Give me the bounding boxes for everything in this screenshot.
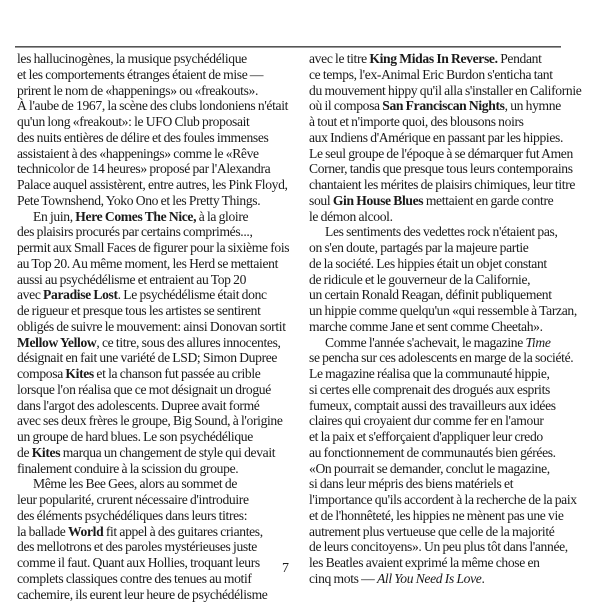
- text-run: des nuits entières de délire et des foul…: [17, 130, 268, 145]
- text-run: obligés de suivre le mouvement: ainsi Do…: [17, 319, 286, 334]
- text-line: lorsque l'on réalisa que ce mot désignai…: [17, 382, 297, 398]
- text-run: Palace auquel assistèrent, entre autres,…: [17, 177, 288, 192]
- text-run: , ce titre, sous des allures innocentes,: [96, 335, 280, 350]
- text-run: fumeux, comptait aussi des travailleurs …: [309, 398, 556, 413]
- text-run: au fonctionnement de communautés bien gé…: [309, 445, 556, 460]
- text-run: la ballade: [17, 524, 68, 539]
- text-run: de la société. Les hippies était un obje…: [309, 256, 547, 271]
- text-line: des nuits entières de délire et des foul…: [17, 130, 297, 146]
- text-run: claires qui croyaient dur comme fer en l…: [309, 413, 544, 428]
- text-run: à la gloire: [196, 209, 248, 224]
- text-run: Le seul groupe de l'époque à se démarque…: [309, 146, 573, 161]
- text-line: au Top 20. Au même moment, les Herd se m…: [17, 256, 297, 272]
- text-line: Mellow Yellow, ce titre, sous des allure…: [17, 335, 297, 351]
- text-run: lorsque l'on réalisa que ce mot désignai…: [17, 382, 271, 397]
- text-line: désignait en fait une variété de LSD; Si…: [17, 350, 297, 366]
- text-line: la ballade World fit appel à des guitare…: [17, 524, 297, 540]
- header-rule: [15, 46, 561, 48]
- text-run: cinq mots —: [309, 571, 377, 586]
- text-line: cachemire, ils eurent leur heure de psyc…: [17, 587, 297, 603]
- text-line: et la paix et s'efforçaient d'appliquer …: [309, 429, 591, 445]
- text-line: des mellotrons et des paroles mystérieus…: [17, 539, 297, 555]
- song-title: Paradise Lost: [43, 287, 118, 302]
- text-run: si certes elle comprenait des drogués au…: [309, 382, 550, 397]
- text-run: des mellotrons et des paroles mystérieus…: [17, 539, 257, 554]
- text-run: prirent le nom de «happenings» ou «freak…: [17, 83, 258, 98]
- text-line: Comme l'année s'achevait, le magazine Ti…: [309, 335, 591, 351]
- song-title: Gin House Blues: [333, 193, 423, 208]
- text-run: technicolor de 14 heures» proposé par l'…: [17, 161, 270, 176]
- text-line: marche comme Jane et sent comme Cheetah»…: [309, 319, 591, 335]
- text-run: qu'un long «freakout»: le UFO Club propo…: [17, 114, 250, 129]
- text-run: aussi au psychédélisme et entraient au T…: [17, 272, 246, 287]
- text-run: assistaient à des «happenings» comme le …: [17, 146, 259, 161]
- text-run: le démon alcool.: [309, 209, 393, 224]
- text-run: À l'aube de 1967, la scène des clubs lon…: [17, 98, 288, 113]
- text-run: de ridicule et le gouverneur de la Calif…: [309, 272, 530, 287]
- text-line: permit aux Small Faces de figurer pour l…: [17, 240, 297, 256]
- text-line: l'importance qu'ils accordent à la reche…: [309, 492, 591, 508]
- text-run: se pencha sur ces adolescents en marge d…: [309, 350, 573, 365]
- text-run: un certain Ronald Reagan, définit publiq…: [309, 287, 552, 302]
- text-line: Les sentiments des vedettes rock n'étaie…: [309, 224, 591, 240]
- text-run: chantaient les mérites de plaisirs chimi…: [309, 177, 575, 192]
- text-run: avec ses deux frères le groupe, Big Soun…: [17, 413, 283, 428]
- text-line: du mouvement hippy qu'il alla s'installe…: [309, 83, 591, 99]
- song-title: San Franciscan Nights: [382, 98, 504, 113]
- text-run: dans l'argot des adolescents. Dupree ava…: [17, 398, 259, 413]
- text-line: Le magazine réalisa que la communauté hi…: [309, 366, 591, 382]
- text-line: «On pourrait se demander, conclut le mag…: [309, 461, 591, 477]
- text-run: fit appel à des guitares criantes,: [103, 524, 263, 539]
- text-line: le démon alcool.: [309, 209, 591, 225]
- text-run: En juin,: [33, 209, 75, 224]
- text-line: complets classiques contre des tenues au…: [17, 571, 297, 587]
- text-line: si dans leur mépris des biens matériels …: [309, 476, 591, 492]
- text-line: dans l'argot des adolescents. Dupree ava…: [17, 398, 297, 414]
- text-line: et les comportements étranges étaient de…: [17, 67, 297, 83]
- text-line: de Kites marqua un changement de style q…: [17, 445, 297, 461]
- text-run: Le magazine réalisa que la communauté hi…: [309, 366, 550, 381]
- text-column-left: les hallucinogènes, la musique psychédél…: [17, 51, 297, 602]
- song-title: Kites: [65, 366, 93, 381]
- text-run: , un hymne: [505, 98, 561, 113]
- italic-title: Time: [525, 335, 550, 350]
- text-run: on s'en doute, partagés par la majeure p…: [309, 240, 528, 255]
- song-title: Here Comes The Nice,: [75, 209, 196, 224]
- text-line: où il composa San Franciscan Nights, un …: [309, 98, 591, 114]
- text-line: comme il faut. Quant aux Hollies, troqua…: [17, 555, 297, 571]
- text-line: cinq mots — All You Need Is Love.: [309, 571, 591, 587]
- text-run: Même les Bee Gees, alors au sommet de: [33, 476, 237, 491]
- text-line: un groupe de hard blues. Le son psychédé…: [17, 429, 297, 445]
- song-title: World: [68, 524, 103, 539]
- italic-title: All You Need Is Love: [377, 571, 482, 586]
- text-run: un groupe de hard blues. Le son psychédé…: [17, 429, 253, 444]
- text-line: un certain Ronald Reagan, définit publiq…: [309, 287, 591, 303]
- text-line: Le seul groupe de l'époque à se démarque…: [309, 146, 591, 162]
- text-run: du mouvement hippy qu'il alla s'installe…: [309, 83, 581, 98]
- text-run: si dans leur mépris des biens matériels …: [309, 476, 513, 491]
- text-line: avec Paradise Lost. Le psychédélisme éta…: [17, 287, 297, 303]
- page-number: 7: [282, 561, 289, 577]
- text-run: aux Indiens d'Amérique en passant par le…: [309, 130, 563, 145]
- text-run: .: [481, 571, 484, 586]
- text-line: et de l'honnêteté, les hippies ne mènent…: [309, 508, 591, 524]
- text-line: leur popularité, crurent nécessaire d'in…: [17, 492, 297, 508]
- text-line: composa Kites et la chanson fut passée a…: [17, 366, 297, 382]
- text-run: . Le psychédélisme était donc: [118, 287, 267, 302]
- text-run: et la chanson fut passée au crible: [94, 366, 261, 381]
- text-line: à tout et n'importe quoi, des blousons n…: [309, 114, 591, 130]
- text-line: on s'en doute, partagés par la majeure p…: [309, 240, 591, 256]
- text-line: de la société. Les hippies était un obje…: [309, 256, 591, 272]
- text-run: Corner, tandis que presque tous leurs co…: [309, 161, 573, 176]
- text-run: avec: [17, 287, 43, 302]
- text-line: les Beatles avaient exprimé la même chos…: [309, 555, 591, 571]
- text-line: Pete Townshend, Yoko Ono et les Pretty T…: [17, 193, 297, 209]
- text-line: des éléments psychédéliques dans leurs t…: [17, 508, 297, 524]
- text-line: fumeux, comptait aussi des travailleurs …: [309, 398, 591, 414]
- text-line: soul Gin House Blues mettaient en garde …: [309, 193, 591, 209]
- text-run: leur popularité, crurent nécessaire d'in…: [17, 492, 249, 507]
- text-line: des plaisirs procurés par certains compr…: [17, 224, 297, 240]
- text-run: finalement conduire à la scission du gro…: [17, 461, 238, 476]
- text-line: qu'un long «freakout»: le UFO Club propo…: [17, 114, 297, 130]
- text-line: aux Indiens d'Amérique en passant par le…: [309, 130, 591, 146]
- text-run: les Beatles avaient exprimé la même chos…: [309, 555, 540, 570]
- text-run: des éléments psychédéliques dans leurs t…: [17, 508, 247, 523]
- text-run: à tout et n'importe quoi, des blousons n…: [309, 114, 524, 129]
- text-line: un hippie comme quelqu'un «qui ressemble…: [309, 303, 591, 319]
- text-line: En juin, Here Comes The Nice, à la gloir…: [17, 209, 297, 225]
- text-run: autrement plus vertueuse que celle de la…: [309, 524, 554, 539]
- text-run: «On pourrait se demander, conclut le mag…: [309, 461, 550, 476]
- text-line: obligés de suivre le mouvement: ainsi Do…: [17, 319, 297, 335]
- text-run: mettaient en garde contre: [423, 193, 553, 208]
- text-line: si certes elle comprenait des drogués au…: [309, 382, 591, 398]
- text-run: de: [17, 445, 32, 460]
- text-run: soul: [309, 193, 333, 208]
- song-title: Kites: [32, 445, 60, 460]
- text-run: marqua un changement de style qui devait: [60, 445, 275, 460]
- text-line: Même les Bee Gees, alors au sommet de: [17, 476, 297, 492]
- text-run: où il composa: [309, 98, 382, 113]
- text-run: complets classiques contre des tenues au…: [17, 571, 252, 586]
- text-line: chantaient les mérites de plaisirs chimi…: [309, 177, 591, 193]
- text-run: désignait en fait une variété de LSD; Si…: [17, 350, 277, 365]
- song-title: Mellow Yellow: [17, 335, 96, 350]
- text-line: de ridicule et le gouverneur de la Calif…: [309, 272, 591, 288]
- text-line: ce temps, l'ex-Animal Eric Burdon s'enti…: [309, 67, 591, 83]
- text-line: les hallucinogènes, la musique psychédél…: [17, 51, 297, 67]
- text-line: de leurs concitoyens». Un peu plus tôt d…: [309, 539, 591, 555]
- text-run: et les comportements étranges étaient de…: [17, 67, 263, 82]
- text-run: l'importance qu'ils accordent à la reche…: [309, 492, 577, 507]
- text-run: les hallucinogènes, la musique psychédél…: [17, 51, 247, 66]
- text-run: avec le titre: [309, 51, 369, 66]
- text-line: assistaient à des «happenings» comme le …: [17, 146, 297, 162]
- text-run: Pete Townshend, Yoko Ono et les Pretty T…: [17, 193, 260, 208]
- text-line: À l'aube de 1967, la scène des clubs lon…: [17, 98, 297, 114]
- text-run: un hippie comme quelqu'un «qui ressemble…: [309, 303, 577, 318]
- text-run: au Top 20. Au même moment, les Herd se m…: [17, 256, 278, 271]
- text-line: avec ses deux frères le groupe, Big Soun…: [17, 413, 297, 429]
- text-run: marche comme Jane et sent comme Cheetah»…: [309, 319, 543, 334]
- text-line: Palace auquel assistèrent, entre autres,…: [17, 177, 297, 193]
- text-line: prirent le nom de «happenings» ou «freak…: [17, 83, 297, 99]
- text-run: Pendant: [498, 51, 542, 66]
- text-line: aussi au psychédélisme et entraient au T…: [17, 272, 297, 288]
- text-run: de leurs concitoyens». Un peu plus tôt d…: [309, 539, 568, 554]
- text-run: composa: [17, 366, 65, 381]
- text-run: des plaisirs procurés par certains compr…: [17, 224, 253, 239]
- text-run: Comme l'année s'achevait, le magazine: [325, 335, 525, 350]
- text-run: Les sentiments des vedettes rock n'étaie…: [325, 224, 558, 239]
- text-column-right: avec le titre King Midas In Reverse. Pen…: [309, 51, 591, 587]
- text-run: et de l'honnêteté, les hippies ne mènent…: [309, 508, 564, 523]
- text-run: ce temps, l'ex-Animal Eric Burdon s'enti…: [309, 67, 553, 82]
- text-line: avec le titre King Midas In Reverse. Pen…: [309, 51, 591, 67]
- text-line: se pencha sur ces adolescents en marge d…: [309, 350, 591, 366]
- text-line: claires qui croyaient dur comme fer en l…: [309, 413, 591, 429]
- text-run: comme il faut. Quant aux Hollies, troqua…: [17, 555, 260, 570]
- text-run: et la paix et s'efforçaient d'appliquer …: [309, 429, 543, 444]
- text-run: permit aux Small Faces de figurer pour l…: [17, 240, 289, 255]
- text-line: autrement plus vertueuse que celle de la…: [309, 524, 591, 540]
- text-line: Corner, tandis que presque tous leurs co…: [309, 161, 591, 177]
- text-line: finalement conduire à la scission du gro…: [17, 461, 297, 477]
- song-title: King Midas In Reverse.: [369, 51, 497, 66]
- text-line: de rigueur et presque tous les artistes …: [17, 303, 297, 319]
- text-run: de rigueur et presque tous les artistes …: [17, 303, 261, 318]
- text-line: au fonctionnement de communautés bien gé…: [309, 445, 591, 461]
- text-line: technicolor de 14 heures» proposé par l'…: [17, 161, 297, 177]
- text-run: cachemire, ils eurent leur heure de psyc…: [17, 587, 267, 602]
